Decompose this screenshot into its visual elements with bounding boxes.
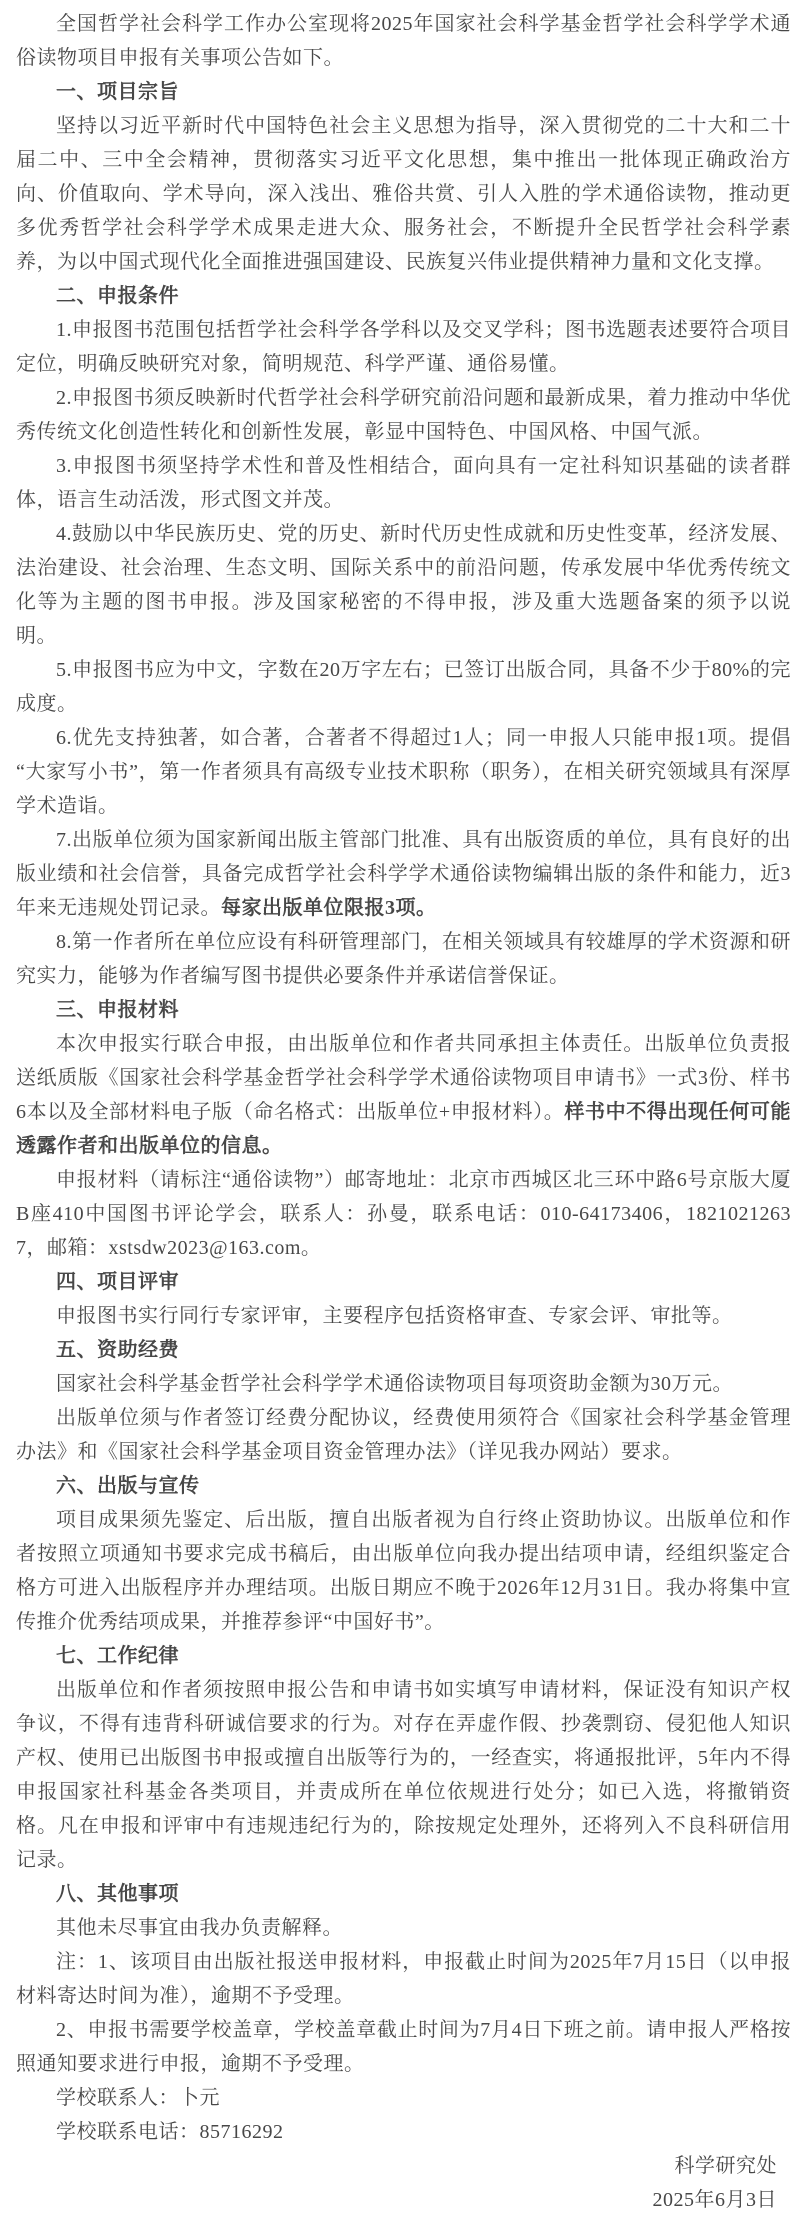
text-run: 五、资助经费 (56, 1339, 179, 1361)
signature-line: 科学研究处 (16, 2149, 791, 2183)
text-run: 出版单位和作者须按照申报公告和申请书如实填写申请材料，保证没有知识产权争议，不得… (16, 1679, 791, 1871)
paragraph: 学校联系电话：85716292 (16, 2115, 791, 2149)
paragraph: 项目成果须先鉴定、后出版，擅自出版者视为自行终止资助协议。出版单位和作者按照立项… (16, 1503, 791, 1639)
text-run: 学校联系电话：85716292 (56, 2121, 284, 2143)
paragraph: 3.申报图书须坚持学术性和普及性相结合，面向具有一定社科知识基础的读者群体，语言… (16, 449, 791, 517)
text-run: 3.申报图书须坚持学术性和普及性相结合，面向具有一定社科知识基础的读者群体，语言… (16, 455, 791, 511)
text-run: 6.优先支持独著，如合著，合著者不得超过1人；同一申报人只能申报1项。提倡“大家… (16, 727, 791, 817)
paragraph: 注：1、该项目由出版社报送申报材料，申报截止时间为2025年7月15日（以申报材… (16, 1945, 791, 2013)
paragraph: 申报图书实行同行专家评审，主要程序包括资格审查、专家会评、审批等。 (16, 1299, 791, 1333)
paragraph: 出版单位须与作者签订经费分配协议，经费使用须符合《国家社会科学基金管理办法》和《… (16, 1401, 791, 1469)
signature-line: 2025年6月3日 (16, 2183, 791, 2217)
announcement-document: 全国哲学社会科学工作办公室现将2025年国家社会科学基金哲学社会科学学术通俗读物… (0, 0, 805, 2227)
text-run: 一、项目宗旨 (56, 81, 179, 103)
announcement-body: 全国哲学社会科学工作办公室现将2025年国家社会科学基金哲学社会科学学术通俗读物… (16, 7, 791, 2217)
paragraph: 全国哲学社会科学工作办公室现将2025年国家社会科学基金哲学社会科学学术通俗读物… (16, 7, 791, 75)
text-run: 5.申报图书应为中文，字数在20万字左右；已签订出版合同，具备不少于80%的完成… (16, 659, 791, 715)
section-heading: 五、资助经费 (16, 1333, 791, 1367)
paragraph: 2、申报书需要学校盖章，学校盖章截止时间为7月4日下班之前。请申报人严格按照通知… (16, 2013, 791, 2081)
section-heading: 七、工作纪律 (16, 1639, 791, 1673)
paragraph: 坚持以习近平新时代中国特色社会主义思想为指导，深入贯彻党的二十大和二十届二中、三… (16, 109, 791, 279)
text-run: 八、其他事项 (56, 1883, 179, 1905)
text-run: 科学研究处 (675, 2155, 778, 2177)
text-run: 注：1、该项目由出版社报送申报材料，申报截止时间为2025年7月15日（以申报材… (16, 1951, 791, 2007)
text-run: 坚持以习近平新时代中国特色社会主义思想为指导，深入贯彻党的二十大和二十届二中、三… (16, 115, 791, 273)
paragraph: 其他未尽事宜由我办负责解释。 (16, 1911, 791, 1945)
emphasis-text: 每家出版单位限报3项。 (221, 897, 437, 919)
paragraph: 8.第一作者所在单位应设有科研管理部门，在相关领域具有较雄厚的学术资源和研究实力… (16, 925, 791, 993)
text-run: 二、申报条件 (56, 285, 179, 307)
paragraph: 国家社会科学基金哲学社会科学学术通俗读物项目每项资助金额为30万元。 (16, 1367, 791, 1401)
paragraph: 4.鼓励以中华民族历史、党的历史、新时代历史性成就和历史性变革，经济发展、法治建… (16, 517, 791, 653)
section-heading: 一、项目宗旨 (16, 75, 791, 109)
text-run: 申报材料（请标注“通俗读物”）邮寄地址：北京市西城区北三环中路6号京版大厦B座4… (16, 1169, 791, 1259)
text-run: 六、出版与宣传 (56, 1475, 200, 1497)
text-run: 1.申报图书范围包括哲学社会科学各学科以及交叉学科；图书选题表述要符合项目定位，… (16, 319, 791, 375)
text-run: 2025年6月3日 (653, 2189, 778, 2211)
paragraph: 7.出版单位须为国家新闻出版主管部门批准、具有出版资质的单位，具有良好的出版业绩… (16, 823, 791, 925)
text-run: 出版单位须与作者签订经费分配协议，经费使用须符合《国家社会科学基金管理办法》和《… (16, 1407, 791, 1463)
section-heading: 三、申报材料 (16, 993, 791, 1027)
paragraph: 申报材料（请标注“通俗读物”）邮寄地址：北京市西城区北三环中路6号京版大厦B座4… (16, 1163, 791, 1265)
section-heading: 四、项目评审 (16, 1265, 791, 1299)
section-heading: 六、出版与宣传 (16, 1469, 791, 1503)
text-run: 项目成果须先鉴定、后出版，擅自出版者视为自行终止资助协议。出版单位和作者按照立项… (16, 1509, 791, 1633)
paragraph: 学校联系人：卜元 (16, 2081, 791, 2115)
text-run: 4.鼓励以中华民族历史、党的历史、新时代历史性成就和历史性变革，经济发展、法治建… (16, 523, 791, 647)
paragraph: 5.申报图书应为中文，字数在20万字左右；已签订出版合同，具备不少于80%的完成… (16, 653, 791, 721)
text-run: 2、申报书需要学校盖章，学校盖章截止时间为7月4日下班之前。请申报人严格按照通知… (16, 2019, 791, 2075)
text-run: 学校联系人：卜元 (56, 2087, 220, 2109)
text-run: 全国哲学社会科学工作办公室现将2025年国家社会科学基金哲学社会科学学术通俗读物… (16, 13, 791, 69)
text-run: 四、项目评审 (56, 1271, 179, 1293)
paragraph: 2.申报图书须反映新时代哲学社会科学研究前沿问题和最新成果，着力推动中华优秀传统… (16, 381, 791, 449)
text-run: 其他未尽事宜由我办负责解释。 (56, 1917, 343, 1939)
text-run: 三、申报材料 (56, 999, 179, 1021)
text-run: 2.申报图书须反映新时代哲学社会科学研究前沿问题和最新成果，着力推动中华优秀传统… (16, 387, 791, 443)
paragraph: 1.申报图书范围包括哲学社会科学各学科以及交叉学科；图书选题表述要符合项目定位，… (16, 313, 791, 381)
paragraph: 出版单位和作者须按照申报公告和申请书如实填写申请材料，保证没有知识产权争议，不得… (16, 1673, 791, 1877)
text-run: 七、工作纪律 (56, 1645, 179, 1667)
text-run: 申报图书实行同行专家评审，主要程序包括资格审查、专家会评、审批等。 (56, 1305, 733, 1327)
text-run: 国家社会科学基金哲学社会科学学术通俗读物项目每项资助金额为30万元。 (56, 1373, 733, 1395)
paragraph: 6.优先支持独著，如合著，合著者不得超过1人；同一申报人只能申报1项。提倡“大家… (16, 721, 791, 823)
section-heading: 八、其他事项 (16, 1877, 791, 1911)
text-run: 8.第一作者所在单位应设有科研管理部门，在相关领域具有较雄厚的学术资源和研究实力… (16, 931, 791, 987)
section-heading: 二、申报条件 (16, 279, 791, 313)
paragraph: 本次申报实行联合申报，由出版单位和作者共同承担主体责任。出版单位负责报送纸质版《… (16, 1027, 791, 1163)
